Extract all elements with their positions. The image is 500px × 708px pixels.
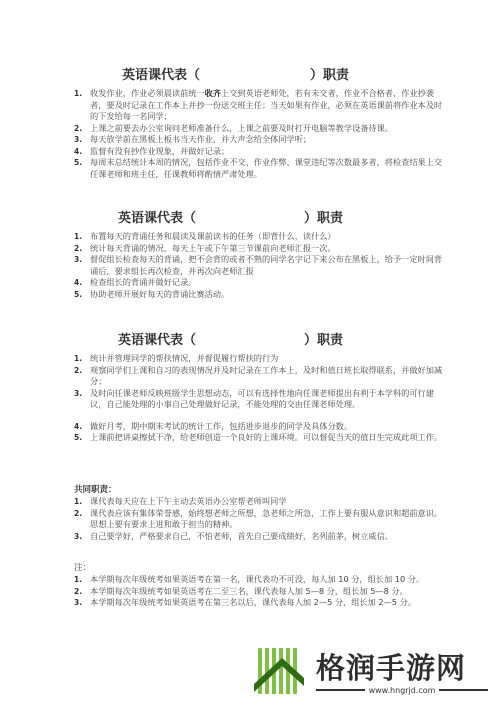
list-item: 4. 检查组长的背诵并做好记录。 — [74, 277, 444, 289]
notes-heading: 注： — [74, 561, 91, 573]
section-3-list: 1. 统计并管理同学的帮扶情况，并督促履行帮扶的行为 2. 观察同学们上课和自习… — [74, 353, 444, 444]
common-duties-list: 1. 课代表每天应在上下午主动去英语办公室帮老师叫同学 2. 课代表应该有集体荣… — [74, 496, 444, 542]
watermark-url: www.hngrjd.com — [316, 684, 488, 696]
section-2-list: 1. 布置每天的背诵任务和晨读及课前读书的任务（即背什么，读什么） 2. 统计每… — [74, 231, 444, 300]
list-item: 1. 课代表每天应在上下午主动去英语办公室帮老师叫同学 — [74, 496, 444, 508]
list-item: 3. 每天放学前在黑板上板书当天作业，并大声念给全体同学听； — [74, 134, 444, 146]
list-item: 3. 本学期每次年级统考如果英语考在第三名以后，课代表每人加 2—5 分，组长加… — [74, 597, 444, 609]
list-item: 2. 本学期每次年级统考如果英语考在二至三名，课代表每人加 5—8 分，组长加 … — [74, 586, 444, 598]
common-duties-heading: 共同职责： — [74, 483, 117, 495]
list-item: 2. 观察同学们上课和自习的表现情况并及时记录在工作本上，及时和值日班长取得联系… — [74, 365, 444, 388]
list-item: 1. 统计并管理同学的帮扶情况，并督促履行帮扶的行为 — [74, 353, 444, 365]
section-1-title: 英语课代表（ ）职责 — [122, 64, 352, 82]
list-item: 2. 统计每天背诵的情况，每天上午或下午第三节课前向老师汇报一次。 — [74, 243, 444, 255]
list-item: 4. 做好月考，期中期末考试的统计工作，包括进步退步的同学及具体分数。 — [74, 421, 444, 433]
list-item: 2. 上课之前要去办公室询问老师准备什么，上课之前要及时打开电脑等教学设备待课。 — [74, 123, 444, 135]
list-item: 3. 自己要学好，严格要求自己，不怕老师，首先自己要成绩好，名列前茅，树立威信。 — [74, 531, 444, 543]
list-item: 1. 布置每天的背诵任务和晨读及课前读书的任务（即背什么，读什么） — [74, 231, 444, 243]
list-item: 1. 本学期每次年级统考如果英语考在第一名，课代表功不可没，每人加 10 分，组… — [74, 574, 444, 586]
list-item: 5. 每周末总结统计本周的情况，包括作业不交、作业作弊、课堂违纪等次数最多者，将… — [74, 157, 444, 180]
list-item: 2. 课代表应该有集体荣誉感，始终想老师之所想，急老师之所急，工作上要有服从意识… — [74, 508, 444, 531]
list-item: 5. 协助老师开展好每天的背诵比赛活动。 — [74, 289, 444, 301]
section-2-title: 英语课代表（ ）职责 — [118, 207, 348, 225]
section-3-title: 英语课代表（ ）职责 — [118, 329, 348, 347]
section-1-list: 1. 收发作业，作业必须晨读前统一收齐上交到英语老师处，若有未交者，作业不合格者… — [74, 88, 444, 180]
list-item: 5. 上课前把讲桌擦拭干净，给老师创造一个良好的上课环境。可以督促当天的值日生完… — [74, 432, 444, 444]
list-item: 4. 监督有没有抄作业现象，并做好记录； — [74, 146, 444, 158]
watermark-logo: 格润手游网 www.hngrjd.com — [254, 644, 494, 700]
list-item: 1. 收发作业，作业必须晨读前统一收齐上交到英语老师处，若有未交者，作业不合格者… — [74, 88, 444, 123]
list-item: 3. 督促组长检查每天的背诵，把不会背的或者不熟的同学名字记下来公布在黑板上，给… — [74, 254, 444, 277]
list-item: 3. 及时向任课老师反映班级学生思想动态，可以有选择性地向任课老师提出有利于本学… — [74, 388, 444, 411]
watermark-site-name: 格润手游网 — [316, 646, 466, 687]
document-page: 英语课代表（ ）职责 1. 收发作业，作业必须晨读前统一收齐上交到英语老师处，若… — [0, 0, 500, 708]
notes-list: 1. 本学期每次年级统考如果英语考在第一名，课代表功不可没，每人加 10 分，组… — [74, 574, 444, 609]
house-logo-icon — [254, 644, 304, 696]
